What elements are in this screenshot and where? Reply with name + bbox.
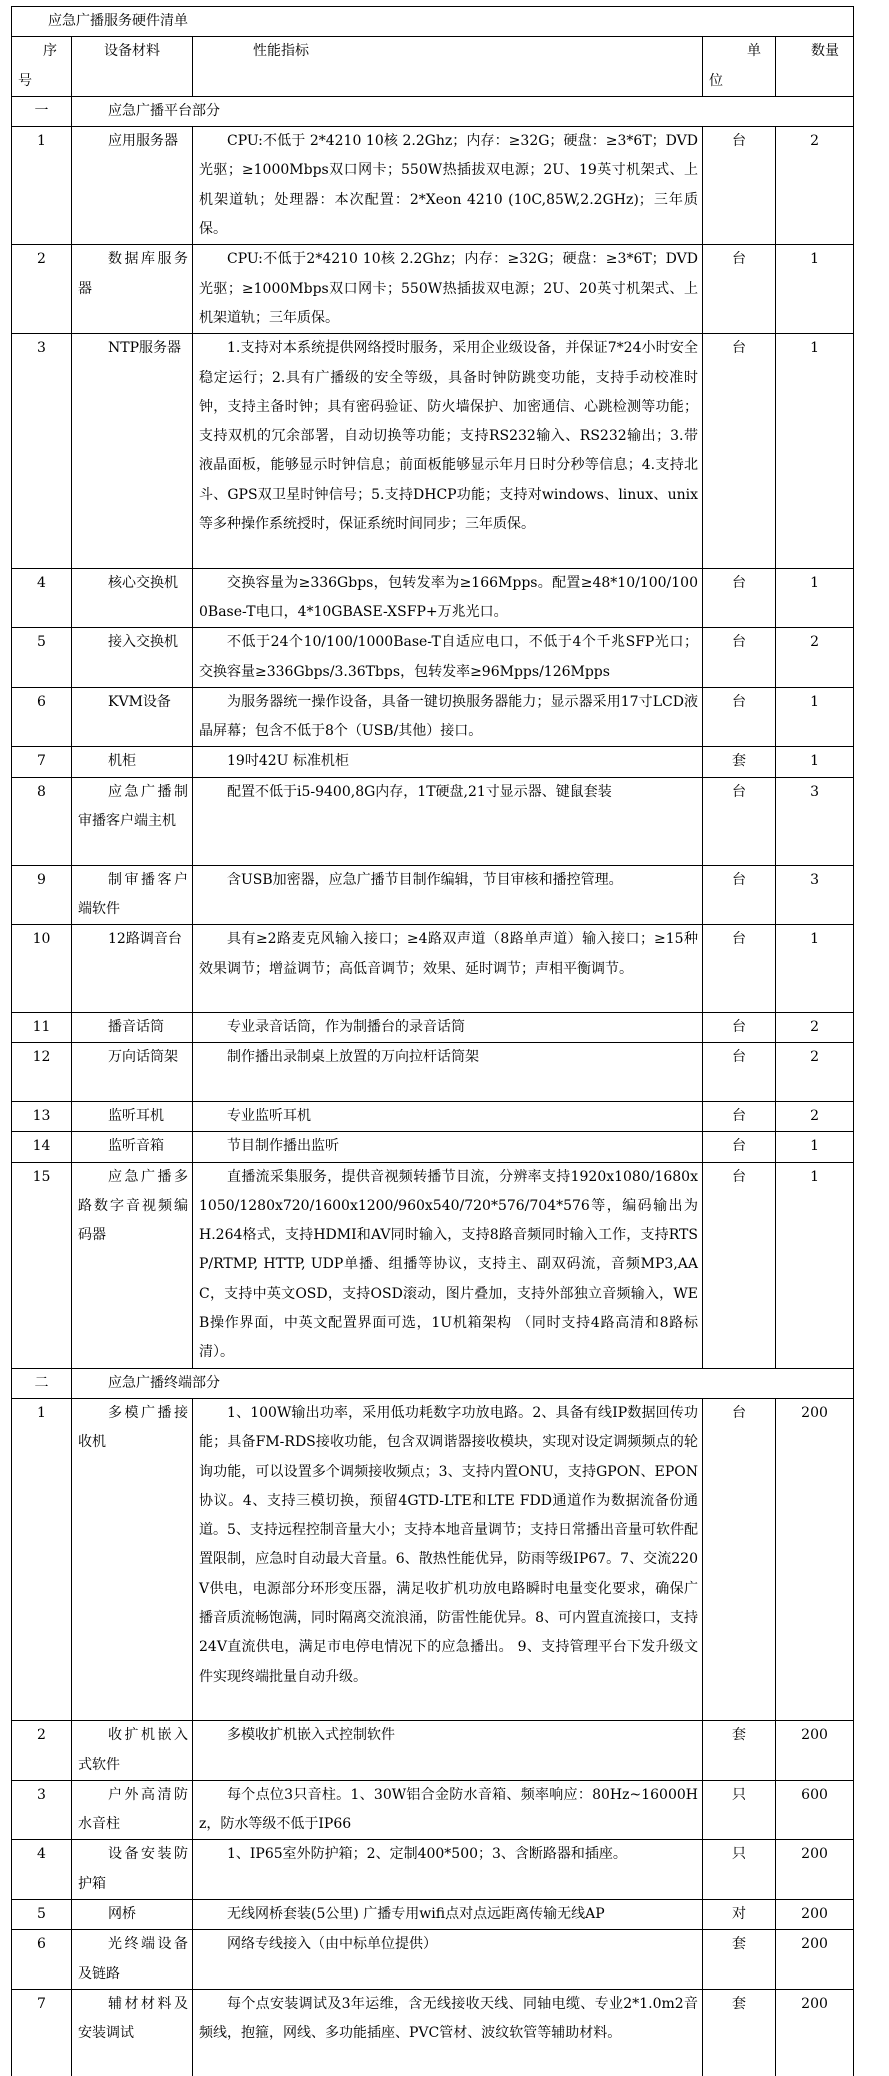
- title-row: 应急广播服务硬件清单: [12, 7, 854, 37]
- item-name: 辅材材料及安装调试: [72, 1989, 193, 2076]
- item-name: 设备安装防护箱: [72, 1840, 193, 1900]
- item-spec-text: 具有≥2路麦克风输入接口；≥4路双声道（8路单声道）输入接口；≥15种效果调节；…: [199, 925, 698, 984]
- item-spec-text: 节目制作播出监听: [199, 1132, 698, 1161]
- table-row: 5接入交换机不低于24个10/100/1000Base-T自适应电口，不低于4个…: [12, 628, 854, 688]
- item-name-text: 网桥: [78, 1900, 188, 1929]
- header-spec: 性能指标: [193, 37, 703, 97]
- item-seq: 2: [12, 245, 72, 334]
- table-row: 15应急广播多路数字音视频编码器直播流采集服务，提供音视频转播节目流，分辨率支持…: [12, 1162, 854, 1368]
- item-unit: 台: [703, 1398, 776, 1720]
- item-spec-text: 1、100W输出功率，采用低功耗数字功放电路。2、具备有线IP数据回传功能；具备…: [199, 1399, 698, 1692]
- item-unit: 台: [703, 687, 776, 747]
- item-spec: 节目制作播出监听: [193, 1132, 703, 1162]
- item-seq: 5: [12, 628, 72, 688]
- item-name: 机柜: [72, 747, 193, 777]
- item-name: 监听音箱: [72, 1132, 193, 1162]
- header-unit: 单 位: [703, 37, 776, 97]
- item-name-text: 应急广播制审播客户端主机: [78, 778, 188, 837]
- item-name: 12路调音台: [72, 925, 193, 1013]
- item-unit: 只: [703, 1840, 776, 1900]
- item-spec: 专业监听耳机: [193, 1102, 703, 1132]
- table-row: 8应急广播制审播客户端主机配置不低于i5-9400,8G内存，1T硬盘,21寸显…: [12, 777, 854, 865]
- item-spec: 制作播出录制桌上放置的万向拉杆话筒架: [193, 1043, 703, 1102]
- item-seq: 8: [12, 777, 72, 865]
- item-unit: 台: [703, 245, 776, 334]
- item-name: 光终端设备及链路: [72, 1930, 193, 1990]
- item-seq: 1: [12, 1398, 72, 1720]
- table-row: 1应用服务器CPU:不低于 2*4210 10核 2.2Ghz；内存：≥32G；…: [12, 127, 854, 245]
- item-name: 监听耳机: [72, 1102, 193, 1132]
- table-row: 9制审播客户端软件含USB加密器，应急广播节目制作编辑，节目审核和播控管理。台3: [12, 865, 854, 925]
- item-name-text: 核心交换机: [78, 569, 188, 598]
- item-seq: 1: [12, 127, 72, 245]
- section-index: 二: [12, 1368, 72, 1398]
- item-qty: 1: [776, 687, 854, 747]
- item-qty: 2: [776, 1102, 854, 1132]
- item-spec-text: CPU:不低于 2*4210 10核 2.2Ghz；内存：≥32G；硬盘：≥3*…: [199, 127, 698, 244]
- item-spec: 每个点位3只音柱。1、30W铝合金防水音箱、频率响应：80Hz~16000Hz，…: [193, 1780, 703, 1840]
- item-name-text: 设备安装防护箱: [78, 1840, 188, 1899]
- header-seq: 序 号: [12, 37, 72, 97]
- item-spec-text: 专业录音话筒，作为制播台的录音话筒: [199, 1013, 698, 1042]
- item-unit: 套: [703, 1930, 776, 1990]
- item-qty: 3: [776, 777, 854, 865]
- item-spec: 1、IP65室外防护箱；2、定制400*500；3、含断路器和插座。: [193, 1840, 703, 1900]
- item-name-text: 机柜: [78, 747, 188, 776]
- item-seq: 4: [12, 1840, 72, 1900]
- item-name: KVM设备: [72, 687, 193, 747]
- item-unit: 台: [703, 568, 776, 628]
- item-spec: 多模收扩机嵌入式控制软件: [193, 1721, 703, 1781]
- table-row: 7辅材材料及安装调试每个点安装调试及3年运维，含无线接收天线、同轴电缆、专业2*…: [12, 1989, 854, 2076]
- item-name-text: 应用服务器: [78, 127, 188, 156]
- item-unit: 台: [703, 1102, 776, 1132]
- table-row: 12万向话筒架制作播出录制桌上放置的万向拉杆话筒架台2: [12, 1043, 854, 1102]
- table-row: 5网桥无线网桥套装(5公里) 广播专用wifi点对点远距离传输无线AP对200: [12, 1900, 854, 1930]
- item-qty: 2: [776, 1013, 854, 1043]
- item-name: 应急广播制审播客户端主机: [72, 777, 193, 865]
- item-qty: 200: [776, 1721, 854, 1781]
- item-seq: 13: [12, 1102, 72, 1132]
- item-unit: 只: [703, 1780, 776, 1840]
- item-seq: 2: [12, 1721, 72, 1781]
- item-unit: 台: [703, 628, 776, 688]
- item-spec: 为服务器统一操作设备，具备一键切换服务器能力；显示器采用17寸LCD液晶屏幕；包…: [193, 687, 703, 747]
- item-spec: CPU:不低于2*4210 10核 2.2Ghz；内存：≥32G；硬盘：≥3*6…: [193, 245, 703, 334]
- item-unit: 台: [703, 925, 776, 1013]
- item-spec: 19吋42U 标准机柜: [193, 747, 703, 777]
- item-spec: 配置不低于i5-9400,8G内存，1T硬盘,21寸显示器、键鼠套装: [193, 777, 703, 865]
- item-qty: 2: [776, 628, 854, 688]
- item-seq: 11: [12, 1013, 72, 1043]
- table-row: 2数据库服务器CPU:不低于2*4210 10核 2.2Ghz；内存：≥32G；…: [12, 245, 854, 334]
- section-label: 应急广播终端部分: [72, 1368, 854, 1398]
- table-row: 1012路调音台具有≥2路麦克风输入接口；≥4路双声道（8路单声道）输入接口；≥…: [12, 925, 854, 1013]
- item-qty: 3: [776, 865, 854, 925]
- table-row: 3户外高清防水音柱每个点位3只音柱。1、30W铝合金防水音箱、频率响应：80Hz…: [12, 1780, 854, 1840]
- item-spec-text: 19吋42U 标准机柜: [199, 747, 698, 776]
- item-name-text: 接入交换机: [78, 628, 188, 657]
- item-seq: 5: [12, 1900, 72, 1930]
- item-unit: 台: [703, 1132, 776, 1162]
- item-qty: 1: [776, 568, 854, 628]
- item-spec-text: 无线网桥套装(5公里) 广播专用wifi点对点远距离传输无线AP: [199, 1900, 698, 1929]
- item-unit: 台: [703, 1162, 776, 1368]
- header-row: 序 号 设备材料 性能指标 单 位 数量: [12, 37, 854, 97]
- item-unit: 台: [703, 127, 776, 245]
- item-unit: 对: [703, 1900, 776, 1930]
- item-spec-text: CPU:不低于2*4210 10核 2.2Ghz；内存：≥32G；硬盘：≥3*6…: [199, 245, 698, 333]
- item-seq: 10: [12, 925, 72, 1013]
- item-spec-text: 每个点安装调试及3年运维，含无线接收天线、同轴电缆、专业2*1.0m2音频线，抱…: [199, 1990, 698, 2049]
- item-spec: 直播流采集服务，提供音视频转播节目流，分辨率支持1920x1080/1680x1…: [193, 1162, 703, 1368]
- hardware-list-table: 应急广播服务硬件清单 序 号 设备材料 性能指标 单 位 数量 一应急广播平台部…: [11, 6, 854, 2076]
- item-name: 应急广播多路数字音视频编码器: [72, 1162, 193, 1368]
- item-seq: 7: [12, 1989, 72, 2076]
- item-qty: 1: [776, 245, 854, 334]
- item-spec: 每个点安装调试及3年运维，含无线接收天线、同轴电缆、专业2*1.0m2音频线，抱…: [193, 1989, 703, 2076]
- item-spec: 网络专线接入（由中标单位提供）: [193, 1930, 703, 1990]
- item-spec-text: 不低于24个10/100/1000Base-T自适应电口，不低于4个千兆SFP光…: [199, 628, 698, 687]
- item-seq: 4: [12, 568, 72, 628]
- item-spec: 专业录音话筒，作为制播台的录音话筒: [193, 1013, 703, 1043]
- item-qty: 1: [776, 925, 854, 1013]
- item-name: 户外高清防水音柱: [72, 1780, 193, 1840]
- item-unit: 台: [703, 1013, 776, 1043]
- item-unit: 台: [703, 334, 776, 568]
- item-name-text: 播音话筒: [78, 1013, 188, 1042]
- item-unit: 台: [703, 1043, 776, 1102]
- item-name: 收扩机嵌入式软件: [72, 1721, 193, 1781]
- item-spec-text: 配置不低于i5-9400,8G内存，1T硬盘,21寸显示器、键鼠套装: [199, 778, 698, 807]
- item-spec: 1.支持对本系统提供网络授时服务，采用企业级设备，并保证7*24小时安全稳定运行…: [193, 334, 703, 568]
- item-spec-text: 1.支持对本系统提供网络授时服务，采用企业级设备，并保证7*24小时安全稳定运行…: [199, 334, 698, 539]
- item-spec: 无线网桥套装(5公里) 广播专用wifi点对点远距离传输无线AP: [193, 1900, 703, 1930]
- item-name-text: 光终端设备及链路: [78, 1930, 188, 1989]
- item-spec-text: 直播流采集服务，提供音视频转播节目流，分辨率支持1920x1080/1680x1…: [199, 1163, 698, 1368]
- section-row: 一应急广播平台部分: [12, 96, 854, 126]
- header-qty: 数量: [776, 37, 854, 97]
- item-spec-text: 专业监听耳机: [199, 1102, 698, 1131]
- item-spec-text: 含USB加密器，应急广播节目制作编辑，节目审核和播控管理。: [199, 866, 698, 895]
- item-name: 应用服务器: [72, 127, 193, 245]
- item-name-text: KVM设备: [78, 688, 188, 717]
- item-spec: 不低于24个10/100/1000Base-T自适应电口，不低于4个千兆SFP光…: [193, 628, 703, 688]
- section-row: 二应急广播终端部分: [12, 1368, 854, 1398]
- item-name: 播音话筒: [72, 1013, 193, 1043]
- item-name-text: NTP服务器: [78, 334, 188, 363]
- item-seq: 6: [12, 687, 72, 747]
- item-seq: 12: [12, 1043, 72, 1102]
- section-label: 应急广播平台部分: [72, 96, 854, 126]
- item-name: 核心交换机: [72, 568, 193, 628]
- item-qty: 200: [776, 1989, 854, 2076]
- item-seq: 15: [12, 1162, 72, 1368]
- item-spec-text: 交换容量为≥336Gbps，包转发率为≥166Mpps。配置≥48*10/100…: [199, 569, 698, 628]
- item-seq: 6: [12, 1930, 72, 1990]
- item-name-text: 监听耳机: [78, 1102, 188, 1131]
- item-spec-text: 为服务器统一操作设备，具备一键切换服务器能力；显示器采用17寸LCD液晶屏幕；包…: [199, 688, 698, 747]
- item-spec-text: 多模收扩机嵌入式控制软件: [199, 1721, 698, 1750]
- item-qty: 1: [776, 334, 854, 568]
- item-qty: 2: [776, 1043, 854, 1102]
- item-name: 制审播客户端软件: [72, 865, 193, 925]
- item-qty: 1: [776, 1132, 854, 1162]
- item-seq: 3: [12, 334, 72, 568]
- item-seq: 3: [12, 1780, 72, 1840]
- item-name-text: 收扩机嵌入式软件: [78, 1721, 188, 1780]
- item-unit: 台: [703, 865, 776, 925]
- item-name: 接入交换机: [72, 628, 193, 688]
- item-name: NTP服务器: [72, 334, 193, 568]
- item-unit: 套: [703, 1721, 776, 1781]
- item-spec-text: 1、IP65室外防护箱；2、定制400*500；3、含断路器和插座。: [199, 1840, 698, 1869]
- table-row: 13监听耳机专业监听耳机台2: [12, 1102, 854, 1132]
- item-unit: 套: [703, 1989, 776, 2076]
- item-spec: 具有≥2路麦克风输入接口；≥4路双声道（8路单声道）输入接口；≥15种效果调节；…: [193, 925, 703, 1013]
- table-title: 应急广播服务硬件清单: [12, 7, 854, 37]
- item-spec: 含USB加密器，应急广播节目制作编辑，节目审核和播控管理。: [193, 865, 703, 925]
- table-row: 7机柜19吋42U 标准机柜套1: [12, 747, 854, 777]
- item-name-text: 户外高清防水音柱: [78, 1781, 188, 1840]
- item-unit: 套: [703, 747, 776, 777]
- item-spec-text: 制作播出录制桌上放置的万向拉杆话筒架: [199, 1043, 698, 1072]
- section-index: 一: [12, 96, 72, 126]
- item-spec: CPU:不低于 2*4210 10核 2.2Ghz；内存：≥32G；硬盘：≥3*…: [193, 127, 703, 245]
- item-name: 多模广播接收机: [72, 1398, 193, 1720]
- table-row: 3NTP服务器1.支持对本系统提供网络授时服务，采用企业级设备，并保证7*24小…: [12, 334, 854, 568]
- item-spec: 交换容量为≥336Gbps，包转发率为≥166Mpps。配置≥48*10/100…: [193, 568, 703, 628]
- item-name-text: 多模广播接收机: [78, 1399, 188, 1458]
- item-seq: 7: [12, 747, 72, 777]
- item-name-text: 万向话筒架: [78, 1043, 188, 1072]
- item-name-text: 应急广播多路数字音视频编码器: [78, 1163, 188, 1251]
- item-qty: 200: [776, 1930, 854, 1990]
- item-qty: 200: [776, 1398, 854, 1720]
- header-name: 设备材料: [72, 37, 193, 97]
- table-row: 11播音话筒专业录音话筒，作为制播台的录音话筒台2: [12, 1013, 854, 1043]
- item-name-text: 数据库服务器: [78, 245, 188, 304]
- item-qty: 200: [776, 1840, 854, 1900]
- table-row: 6KVM设备为服务器统一操作设备，具备一键切换服务器能力；显示器采用17寸LCD…: [12, 687, 854, 747]
- item-seq: 9: [12, 865, 72, 925]
- table-row: 14监听音箱节目制作播出监听台1: [12, 1132, 854, 1162]
- table-row: 4设备安装防护箱1、IP65室外防护箱；2、定制400*500；3、含断路器和插…: [12, 1840, 854, 1900]
- item-name-text: 监听音箱: [78, 1132, 188, 1161]
- item-spec-text: 网络专线接入（由中标单位提供）: [199, 1930, 698, 1959]
- item-seq: 14: [12, 1132, 72, 1162]
- item-name-text: 制审播客户端软件: [78, 866, 188, 925]
- item-qty: 1: [776, 1162, 854, 1368]
- item-name: 万向话筒架: [72, 1043, 193, 1102]
- item-qty: 600: [776, 1780, 854, 1840]
- item-spec: 1、100W输出功率，采用低功耗数字功放电路。2、具备有线IP数据回传功能；具备…: [193, 1398, 703, 1720]
- item-qty: 200: [776, 1900, 854, 1930]
- item-name-text: 12路调音台: [78, 925, 188, 954]
- item-name-text: 辅材材料及安装调试: [78, 1990, 188, 2049]
- table-row: 4核心交换机交换容量为≥336Gbps，包转发率为≥166Mpps。配置≥48*…: [12, 568, 854, 628]
- table-row: 2收扩机嵌入式软件多模收扩机嵌入式控制软件套200: [12, 1721, 854, 1781]
- item-name: 网桥: [72, 1900, 193, 1930]
- item-unit: 台: [703, 777, 776, 865]
- item-qty: 2: [776, 127, 854, 245]
- table-row: 6光终端设备及链路网络专线接入（由中标单位提供）套200: [12, 1930, 854, 1990]
- table-row: 1多模广播接收机1、100W输出功率，采用低功耗数字功放电路。2、具备有线IP数…: [12, 1398, 854, 1720]
- item-spec-text: 每个点位3只音柱。1、30W铝合金防水音箱、频率响应：80Hz~16000Hz，…: [199, 1781, 698, 1840]
- item-qty: 1: [776, 747, 854, 777]
- item-name: 数据库服务器: [72, 245, 193, 334]
